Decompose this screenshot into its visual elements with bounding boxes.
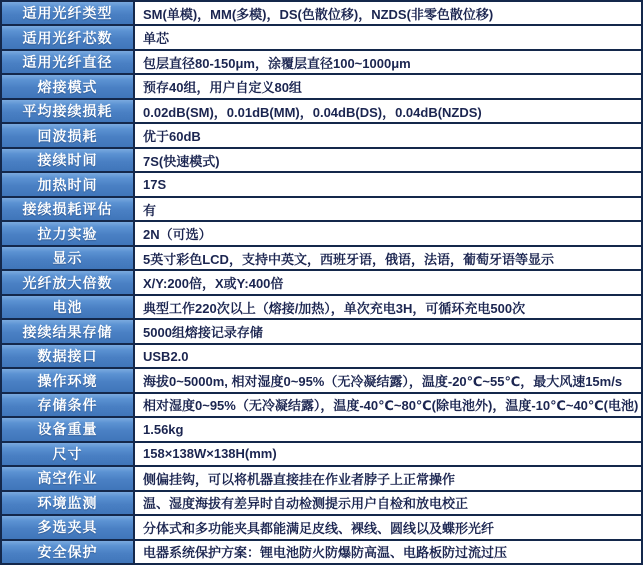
spec-label: 电池 <box>2 296 135 318</box>
spec-label: 设备重量 <box>2 418 135 440</box>
spec-value: 分体式和多功能夹具都能满足皮线、裸线、圆线以及蝶形光纤 <box>135 516 641 538</box>
spec-label: 接续损耗评估 <box>2 198 135 220</box>
spec-value: 0.02dB(SM)，0.01dB(MM)，0.04dB(DS)，0.04dB(… <box>135 100 641 122</box>
spec-value: 典型工作220次以上（熔接/加热），单次充电3H，可循环充电500次 <box>135 296 641 318</box>
spec-label: 安全保护 <box>2 541 135 563</box>
table-row: 光纤放大倍数 X/Y:200倍，X或Y:400倍 <box>2 269 641 293</box>
spec-value: X/Y:200倍，X或Y:400倍 <box>135 271 641 293</box>
spec-label: 存储条件 <box>2 394 135 416</box>
table-row: 适用光纤直径 包层直径80-150μm，涂覆层直径100~1000μm <box>2 49 641 73</box>
spec-label: 加热时间 <box>2 173 135 195</box>
spec-value: 包层直径80-150μm，涂覆层直径100~1000μm <box>135 51 641 73</box>
table-row: 接续损耗评估 有 <box>2 196 641 220</box>
spec-value: 5英寸彩色LCD，支持中英文，西班牙语，俄语，法语，葡萄牙语等显示 <box>135 247 641 269</box>
spec-value: 1.56kg <box>135 418 641 440</box>
spec-value: 海拔0~5000m, 相对湿度0~95%（无冷凝结露），温度-20℃~55℃，最… <box>135 369 641 391</box>
spec-value: 7S(快速模式) <box>135 149 641 171</box>
spec-value: 侧偏挂钩，可以将机器直接挂在作业者脖子上正常操作 <box>135 467 641 489</box>
spec-label: 适用光纤直径 <box>2 51 135 73</box>
table-row: 接续结果存储 5000组熔接记录存储 <box>2 318 641 342</box>
spec-value: SM(单模)，MM(多模)，DS(色散位移)，NZDS(非零色散位移) <box>135 2 641 24</box>
table-row: 尺寸 158×138W×138H(mm) <box>2 441 641 465</box>
table-row: 安全保护 电器系统保护方案：锂电池防火防爆防高温、电路板防过流过压 <box>2 539 641 563</box>
spec-value: 相对湿度0~95%（无冷凝结露），温度-40℃~80℃(除电池外)，温度-10℃… <box>135 394 641 416</box>
spec-value: 2N（可选） <box>135 222 641 244</box>
table-row: 拉力实验 2N（可选） <box>2 220 641 244</box>
spec-label: 适用光纤类型 <box>2 2 135 24</box>
table-row: 回波损耗 优于60dB <box>2 122 641 146</box>
spec-label: 熔接模式 <box>2 75 135 97</box>
table-row: 存储条件 相对湿度0~95%（无冷凝结露），温度-40℃~80℃(除电池外)，温… <box>2 392 641 416</box>
spec-label: 光纤放大倍数 <box>2 271 135 293</box>
table-row: 设备重量 1.56kg <box>2 416 641 440</box>
spec-value: 预存40组，用户自定义80组 <box>135 75 641 97</box>
spec-label: 平均接续损耗 <box>2 100 135 122</box>
spec-label: 拉力实验 <box>2 222 135 244</box>
spec-table: 适用光纤类型 SM(单模)，MM(多模)，DS(色散位移)，NZDS(非零色散位… <box>0 0 643 565</box>
spec-label: 适用光纤芯数 <box>2 26 135 48</box>
table-row: 适用光纤类型 SM(单模)，MM(多模)，DS(色散位移)，NZDS(非零色散位… <box>2 2 641 24</box>
spec-label: 操作环境 <box>2 369 135 391</box>
table-row: 环境监测 温、湿度海拔有差异时自动检测提示用户自检和放电校正 <box>2 490 641 514</box>
spec-value: 17S <box>135 173 641 195</box>
table-row: 熔接模式 预存40组，用户自定义80组 <box>2 73 641 97</box>
spec-label: 高空作业 <box>2 467 135 489</box>
spec-value: 优于60dB <box>135 124 641 146</box>
spec-value: 有 <box>135 198 641 220</box>
table-row: 数据接口 USB2.0 <box>2 343 641 367</box>
spec-label: 回波损耗 <box>2 124 135 146</box>
table-row: 多选夹具 分体式和多功能夹具都能满足皮线、裸线、圆线以及蝶形光纤 <box>2 514 641 538</box>
table-row: 操作环境 海拔0~5000m, 相对湿度0~95%（无冷凝结露），温度-20℃~… <box>2 367 641 391</box>
spec-label: 环境监测 <box>2 492 135 514</box>
spec-label: 数据接口 <box>2 345 135 367</box>
table-row: 高空作业 侧偏挂钩，可以将机器直接挂在作业者脖子上正常操作 <box>2 465 641 489</box>
table-row: 加热时间 17S <box>2 171 641 195</box>
table-row: 接续时间 7S(快速模式) <box>2 147 641 171</box>
spec-value: 158×138W×138H(mm) <box>135 443 641 465</box>
spec-value: 温、湿度海拔有差异时自动检测提示用户自检和放电校正 <box>135 492 641 514</box>
spec-value: USB2.0 <box>135 345 641 367</box>
spec-label: 接续时间 <box>2 149 135 171</box>
spec-label: 接续结果存储 <box>2 320 135 342</box>
table-row: 显示 5英寸彩色LCD，支持中英文，西班牙语，俄语，法语，葡萄牙语等显示 <box>2 245 641 269</box>
spec-value: 5000组熔接记录存储 <box>135 320 641 342</box>
spec-value: 电器系统保护方案：锂电池防火防爆防高温、电路板防过流过压 <box>135 541 641 563</box>
spec-label: 显示 <box>2 247 135 269</box>
spec-label: 多选夹具 <box>2 516 135 538</box>
spec-value: 单芯 <box>135 26 641 48</box>
table-row: 电池 典型工作220次以上（熔接/加热），单次充电3H，可循环充电500次 <box>2 294 641 318</box>
table-row: 适用光纤芯数 单芯 <box>2 24 641 48</box>
spec-label: 尺寸 <box>2 443 135 465</box>
table-row: 平均接续损耗 0.02dB(SM)，0.01dB(MM)，0.04dB(DS)，… <box>2 98 641 122</box>
